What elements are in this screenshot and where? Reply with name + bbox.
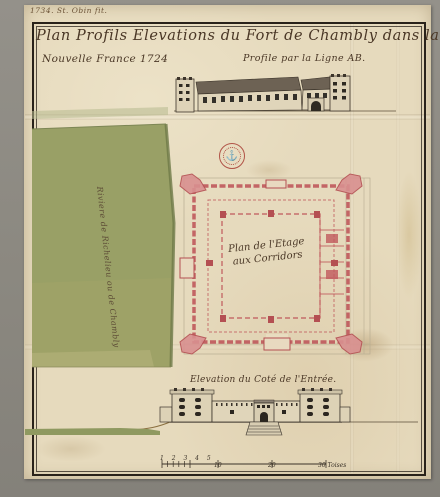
entrance-elevation-drawing [20, 385, 420, 451]
scale-label-20: 20 [268, 462, 276, 469]
anchor-icon: ⚓ [223, 147, 241, 165]
profile-caption: Profile par la Ligne AB. [243, 53, 366, 64]
scale-minor-labels: 1 2 3 4 5 [160, 455, 214, 462]
entrance-elevation-caption: Elevation du Coté de l'Entrée. [190, 375, 322, 385]
upper-profile-elevation-drawing [170, 70, 400, 118]
scale-label-30-toises: 30 Toises [318, 462, 346, 469]
scanned-map-canvas: 1734. St. Obin fit. Plan Profils Elevati… [0, 0, 440, 497]
date-inscription: 1734. St. Obin fit. [30, 6, 107, 15]
map-subtitle-date: Nouvelle France 1724 [42, 53, 168, 65]
scale-label-10: 10 [214, 462, 222, 469]
anchor-seal-stamp: ⚓ [219, 143, 245, 169]
map-title: Plan Profils Elevations du Fort de Chamb… [36, 28, 424, 44]
fort-plan-drawing [178, 172, 378, 360]
